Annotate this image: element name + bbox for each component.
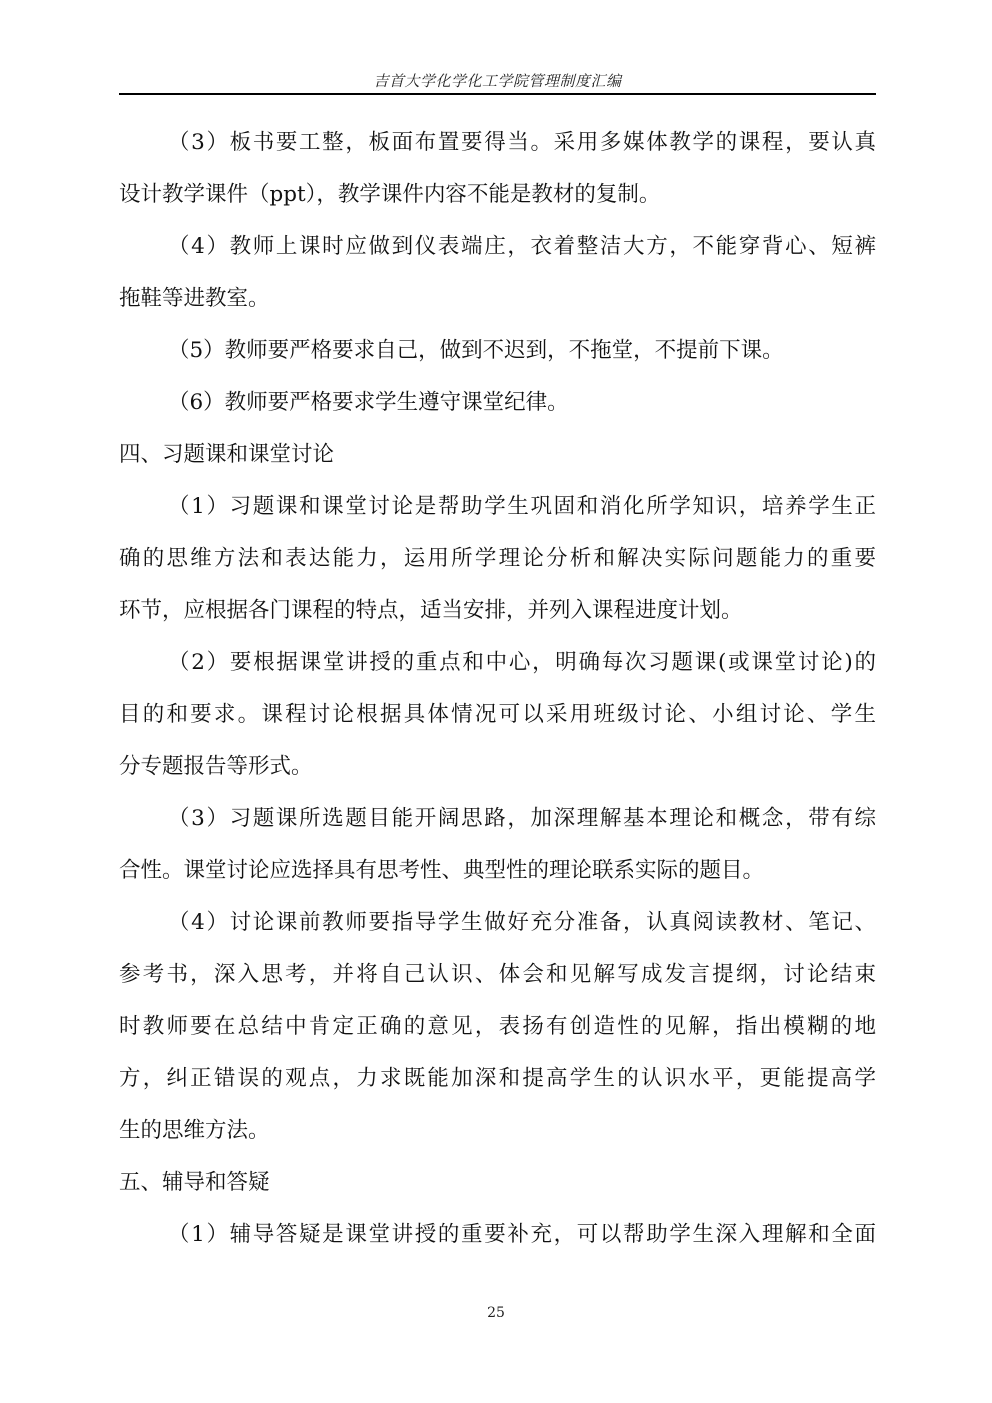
body-line: 合性。课堂讨论应选择具有思考性、典型性的理论联系实际的题目。 bbox=[119, 856, 876, 886]
body-line: 确的思维方法和表达能力，运用所学理论分析和解决实际问题能力的重要 bbox=[119, 544, 876, 574]
body-line: （6）教师要严格要求学生遵守课堂纪律。 bbox=[168, 388, 876, 418]
body-line: （3）习题课所选题目能开阔思路，加深理解基本理论和概念，带有综 bbox=[168, 804, 876, 834]
page-number: 25 bbox=[0, 1305, 992, 1321]
body-line: 方，纠正错误的观点，力求既能加深和提高学生的认识水平，更能提高学 bbox=[119, 1064, 876, 1094]
body-line: 目的和要求。课程讨论根据具体情况可以采用班级讨论、小组讨论、学生 bbox=[119, 700, 876, 730]
body-line: （1）习题课和课堂讨论是帮助学生巩固和消化所学知识，培养学生正 bbox=[168, 492, 876, 522]
body-line: 生的思维方法。 bbox=[119, 1116, 876, 1146]
body-line: 环节，应根据各门课程的特点，适当安排，并列入课程进度计划。 bbox=[119, 596, 876, 626]
body-line: （4）教师上课时应做到仪表端庄，衣着整洁大方，不能穿背心、短裤 bbox=[168, 232, 876, 262]
header-divider bbox=[119, 93, 876, 95]
body-line: 时教师要在总结中肯定正确的意见，表扬有创造性的见解，指出模糊的地 bbox=[119, 1012, 876, 1042]
body-line: （5）教师要严格要求自己，做到不迟到，不拖堂，不提前下课。 bbox=[168, 336, 876, 366]
body-line: 拖鞋等进教室。 bbox=[119, 284, 876, 314]
body-line: 参考书，深入思考，并将自己认识、体会和见解写成发言提纲，讨论结束 bbox=[119, 960, 876, 990]
body-line: 设计教学课件（ppt），教学课件内容不能是教材的复制。 bbox=[119, 180, 876, 210]
running-header: 吉首大学化学化工学院管理制度汇编 bbox=[119, 70, 876, 91]
section-heading: 五、辅导和答疑 bbox=[119, 1168, 876, 1198]
body-line: （4）讨论课前教师要指导学生做好充分准备，认真阅读教材、笔记、 bbox=[168, 908, 876, 938]
body-line: （3）板书要工整，板面布置要得当。采用多媒体教学的课程，要认真 bbox=[168, 128, 876, 158]
body-line: （1）辅导答疑是课堂讲授的重要补充，可以帮助学生深入理解和全面 bbox=[168, 1220, 876, 1250]
body-line: （2）要根据课堂讲授的重点和中心，明确每次习题课(或课堂讨论)的 bbox=[168, 648, 876, 678]
body-line: 分专题报告等形式。 bbox=[119, 752, 876, 782]
section-heading: 四、习题课和课堂讨论 bbox=[119, 440, 876, 470]
